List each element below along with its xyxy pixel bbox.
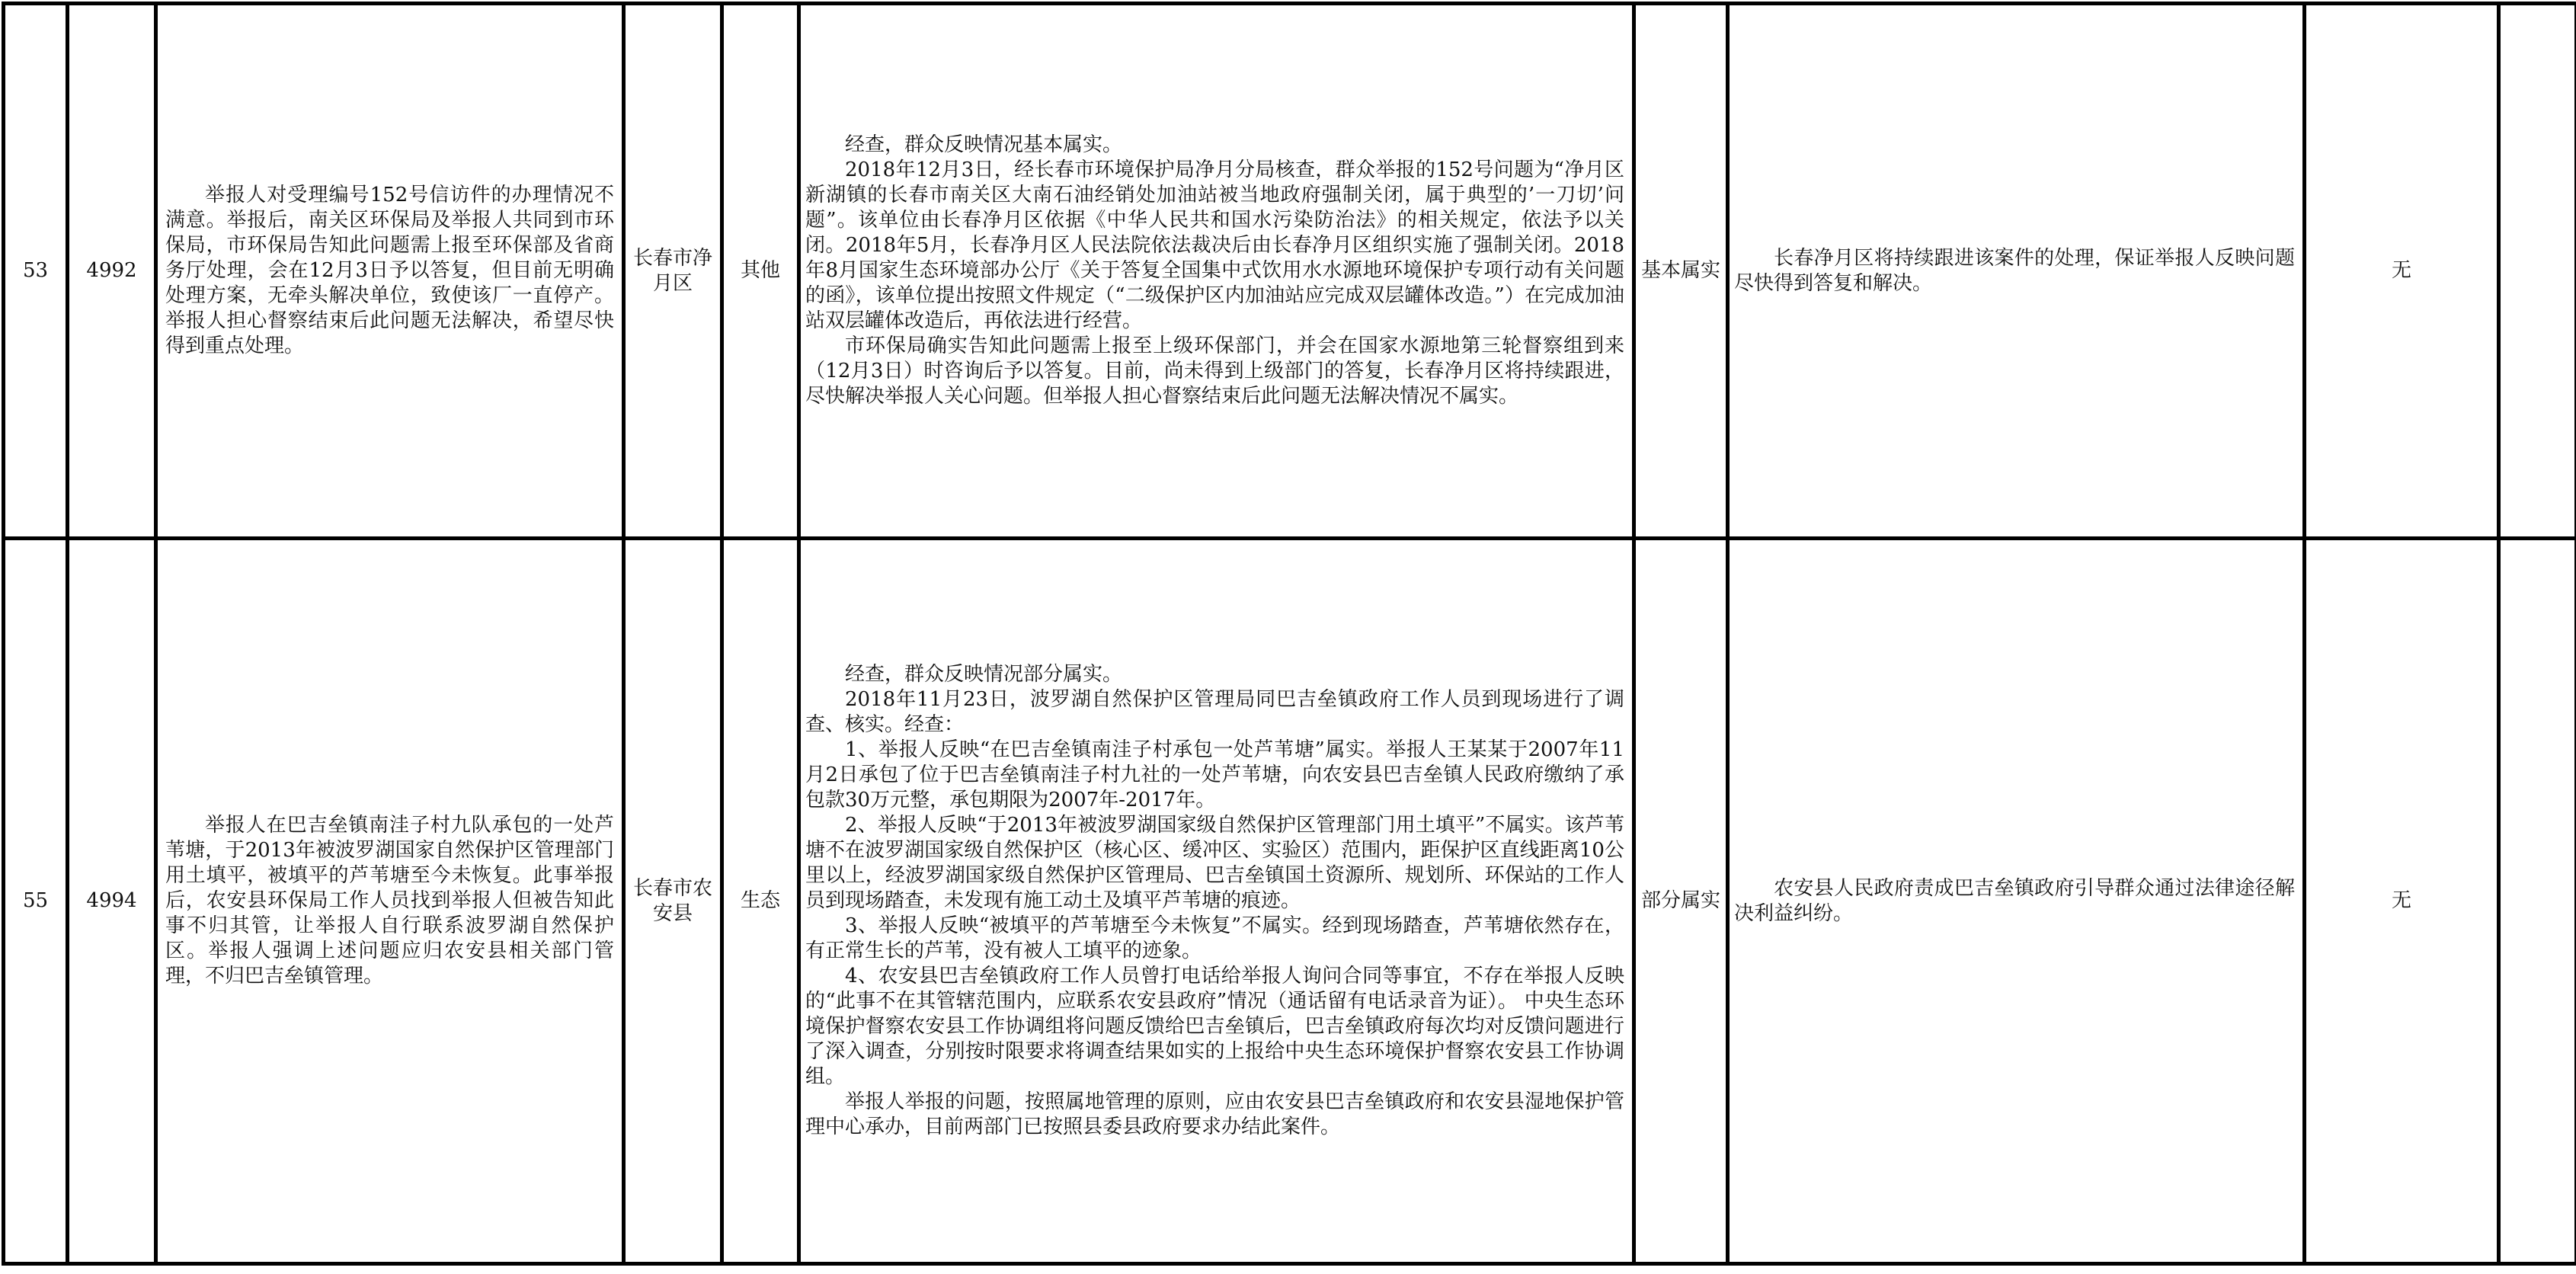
verdict-cell: 部分属实 bbox=[1634, 539, 1728, 1264]
complaint-cell: 举报人在巴吉垒镇南洼子村九队承包的一处芦苇塘，于2013年被波罗湖国家自然保护区… bbox=[156, 539, 624, 1264]
region-cell: 长春市净月区 bbox=[624, 4, 722, 539]
finding-paragraph: 经查，群众反映情况部分属实。 bbox=[805, 662, 1624, 687]
handling-text: 长春净月区将持续跟进该案件的处理，保证举报人反映问题尽快得到答复和解决。 bbox=[1734, 246, 2295, 296]
handling-cell: 长春净月区将持续跟进该案件的处理，保证举报人反映问题尽快得到答复和解决。 bbox=[1728, 4, 2305, 539]
seq-cell: 55 bbox=[4, 539, 68, 1264]
finding-paragraph: 举报人举报的问题，按照属地管理的原则，应由农安县巴吉垒镇政府和农安县湿地保护管理… bbox=[805, 1090, 1624, 1140]
complaint-cell: 举报人对受理编号152号信访件的办理情况不满意。举报后，南关区环保局及举报人共同… bbox=[156, 4, 624, 539]
case-number-cell: 4994 bbox=[68, 539, 156, 1264]
finding-paragraph: 1、举报人反映“在巴吉垒镇南洼子村承包一处芦苇塘”属实。举报人王某某于2007年… bbox=[805, 738, 1624, 813]
table-row: 53 4992 举报人对受理编号152号信访件的办理情况不满意。举报后，南关区环… bbox=[4, 4, 2576, 539]
accountability-cell: 无 bbox=[2305, 4, 2499, 539]
finding-paragraph: 2018年11月23日，波罗湖自然保护区管理局同巴吉垒镇政府工作人员到现场进行了… bbox=[805, 687, 1624, 738]
seq-cell: 53 bbox=[4, 4, 68, 539]
extra-cell bbox=[2499, 4, 2576, 539]
finding-paragraph: 3、举报人反映“被填平的芦苇塘至今未恢复”不属实。经到现场踏查，芦苇塘依然存在，… bbox=[805, 914, 1624, 964]
finding-paragraph: 2018年12月3日，经长春市环境保护局净月分局核查，群众举报的152号问题为“… bbox=[805, 158, 1624, 334]
finding-paragraph: 市环保局确实告知此问题需上报至上级环保部门，并会在国家水源地第三轮督察组到来（1… bbox=[805, 334, 1624, 409]
complaint-text: 举报人对受理编号152号信访件的办理情况不满意。举报后，南关区环保局及举报人共同… bbox=[165, 183, 614, 359]
findings-cell: 经查，群众反映情况部分属实。 2018年11月23日，波罗湖自然保护区管理局同巴… bbox=[799, 539, 1634, 1264]
finding-paragraph: 2、举报人反映“于2013年被波罗湖国家级自然保护区管理部门用土填平”不属实。该… bbox=[805, 813, 1624, 914]
finding-paragraph: 经查，群众反映情况基本属实。 bbox=[805, 133, 1624, 158]
accountability-cell: 无 bbox=[2305, 539, 2499, 1264]
complaint-text: 举报人在巴吉垒镇南洼子村九队承包的一处芦苇塘，于2013年被波罗湖国家自然保护区… bbox=[165, 813, 614, 989]
table-row: 55 4994 举报人在巴吉垒镇南洼子村九队承包的一处芦苇塘，于2013年被波罗… bbox=[4, 539, 2576, 1264]
handling-text: 农安县人民政府责成巴吉垒镇政府引导群众通过法律途径解决利益纠纷。 bbox=[1734, 876, 2295, 927]
extra-cell bbox=[2499, 539, 2576, 1264]
handling-cell: 农安县人民政府责成巴吉垒镇政府引导群众通过法律途径解决利益纠纷。 bbox=[1728, 539, 2305, 1264]
category-cell: 生态 bbox=[722, 539, 799, 1264]
finding-paragraph: 4、农安县巴吉垒镇政府工作人员曾打电话给举报人询问合同等事宜，不存在举报人反映的… bbox=[805, 964, 1624, 1090]
findings-cell: 经查，群众反映情况基本属实。 2018年12月3日，经长春市环境保护局净月分局核… bbox=[799, 4, 1634, 539]
category-cell: 其他 bbox=[722, 4, 799, 539]
case-table: 53 4992 举报人对受理编号152号信访件的办理情况不满意。举报后，南关区环… bbox=[2, 2, 2576, 1266]
region-cell: 长春市农安县 bbox=[624, 539, 722, 1264]
verdict-cell: 基本属实 bbox=[1634, 4, 1728, 539]
case-number-cell: 4992 bbox=[68, 4, 156, 539]
